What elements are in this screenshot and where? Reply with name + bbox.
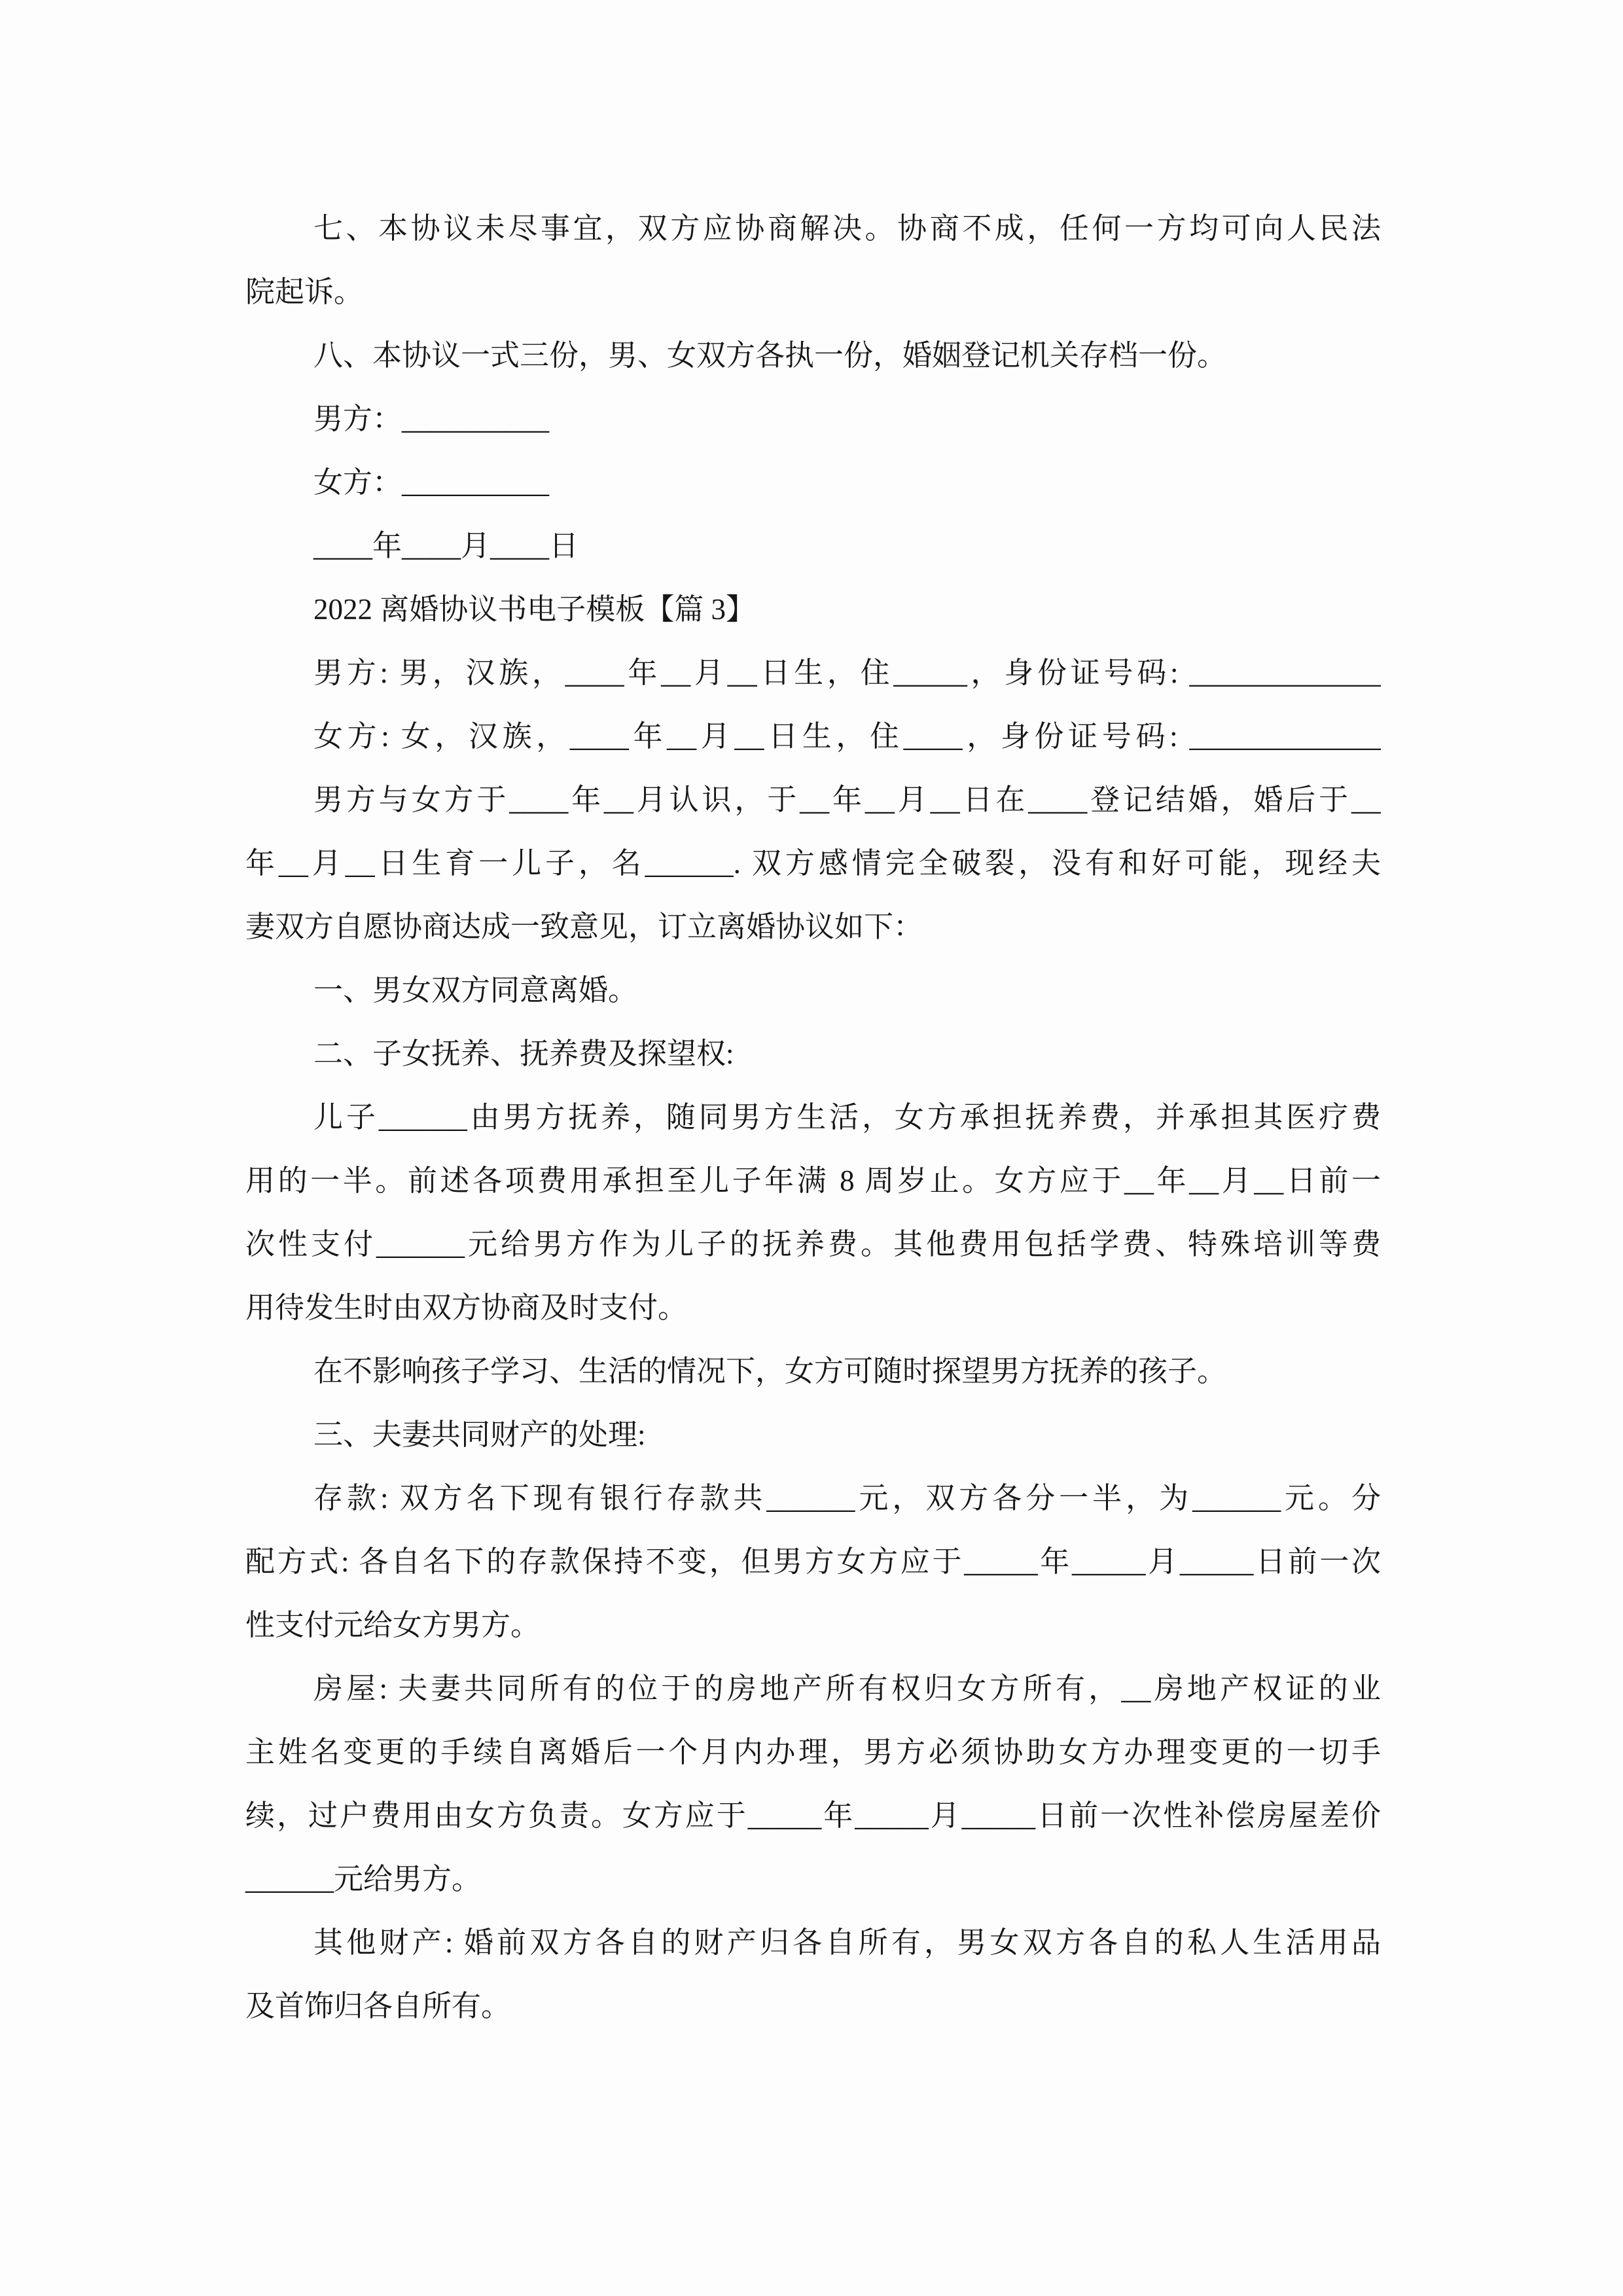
document-line: 女方: 女，汉族，____年__月__日生，住____，身份证号码: _____… xyxy=(245,705,1381,768)
document-line: ______元给男方。 xyxy=(245,1848,1381,1911)
document-line: 性支付元给女方男方。 xyxy=(245,1594,1381,1657)
signature-line-female: 女方：__________ xyxy=(245,451,1381,514)
document-line: 在不影响孩子学习、生活的情况下，女方可随时探望男方抚养的孩子。 xyxy=(245,1340,1381,1403)
document-line: 用的一半。前述各项费用承担至儿子年满 8 周岁止。女方应于__年__月__日前一 xyxy=(245,1149,1381,1213)
document-line: 续，过户费用由女方负责。女方应于_____年_____月_____日前一次性补偿… xyxy=(245,1784,1381,1848)
signature-line-male: 男方：__________ xyxy=(245,387,1381,451)
document-content: 七、本协议未尽事宜，双方应协商解决。协商不成，任何一方均可向人民法 院起诉。 八… xyxy=(245,197,1381,2038)
document-line: 院起诉。 xyxy=(245,260,1381,324)
document-line: 次性支付______元给男方作为儿子的抚养费。其他费用包括学费、特殊培训等费 xyxy=(245,1213,1381,1276)
document-line: 配方式: 各自名下的存款保持不变，但男方女方应于_____年_____月____… xyxy=(245,1530,1381,1594)
document-line: 其他财产: 婚前双方各自的财产归各自所有，男女双方各自的私人生活用品 xyxy=(245,1911,1381,1975)
document-line: 男方与女方于____年__月认识，于__年__月__日在____登记结婚，婚后于… xyxy=(245,768,1381,832)
document-line: 二、子女抚养、抚养费及探望权: xyxy=(245,1022,1381,1086)
document-line: 七、本协议未尽事宜，双方应协商解决。协商不成，任何一方均可向人民法 xyxy=(245,197,1381,260)
document-line: 房屋: 夫妻共同所有的位于的房地产所有权归女方所有，__房地产权证的业 xyxy=(245,1657,1381,1721)
document-line: 用待发生时由双方协商及时支付。 xyxy=(245,1276,1381,1340)
document-line: 三、夫妻共同财产的处理: xyxy=(245,1403,1381,1467)
document-page: 七、本协议未尽事宜，双方应协商解决。协商不成，任何一方均可向人民法 院起诉。 八… xyxy=(0,0,1623,2296)
document-line: 儿子______由男方抚养，随同男方生活，女方承担抚养费，并承担其医疗费 xyxy=(245,1086,1381,1149)
document-line: 八、本协议一式三份，男、女双方各执一份，婚姻登记机关存档一份。 xyxy=(245,324,1381,387)
document-line: 一、男女双方同意离婚。 xyxy=(245,959,1381,1022)
document-line: 妻双方自愿协商达成一致意见，订立离婚协议如下： xyxy=(245,895,1381,959)
document-line: 年__月__日生育一儿子，名______. 双方感情完全破裂，没有和好可能，现经… xyxy=(245,832,1381,895)
document-line: 存款: 双方名下现有银行存款共______元，双方各分一半，为______元。分 xyxy=(245,1467,1381,1530)
document-line: 主姓名变更的手续自离婚后一个月内办理，男方必须协助女方办理变更的一切手 xyxy=(245,1721,1381,1784)
section-heading: 2022 离婚协议书电子模板【篇 3】 xyxy=(245,578,1381,641)
document-line: 男方: 男，汉族，____年__月__日生，住_____，身份证号码: ____… xyxy=(245,641,1381,705)
date-line: ____年____月____日 xyxy=(245,514,1381,578)
document-line: 及首饰归各自所有。 xyxy=(245,1975,1381,2038)
